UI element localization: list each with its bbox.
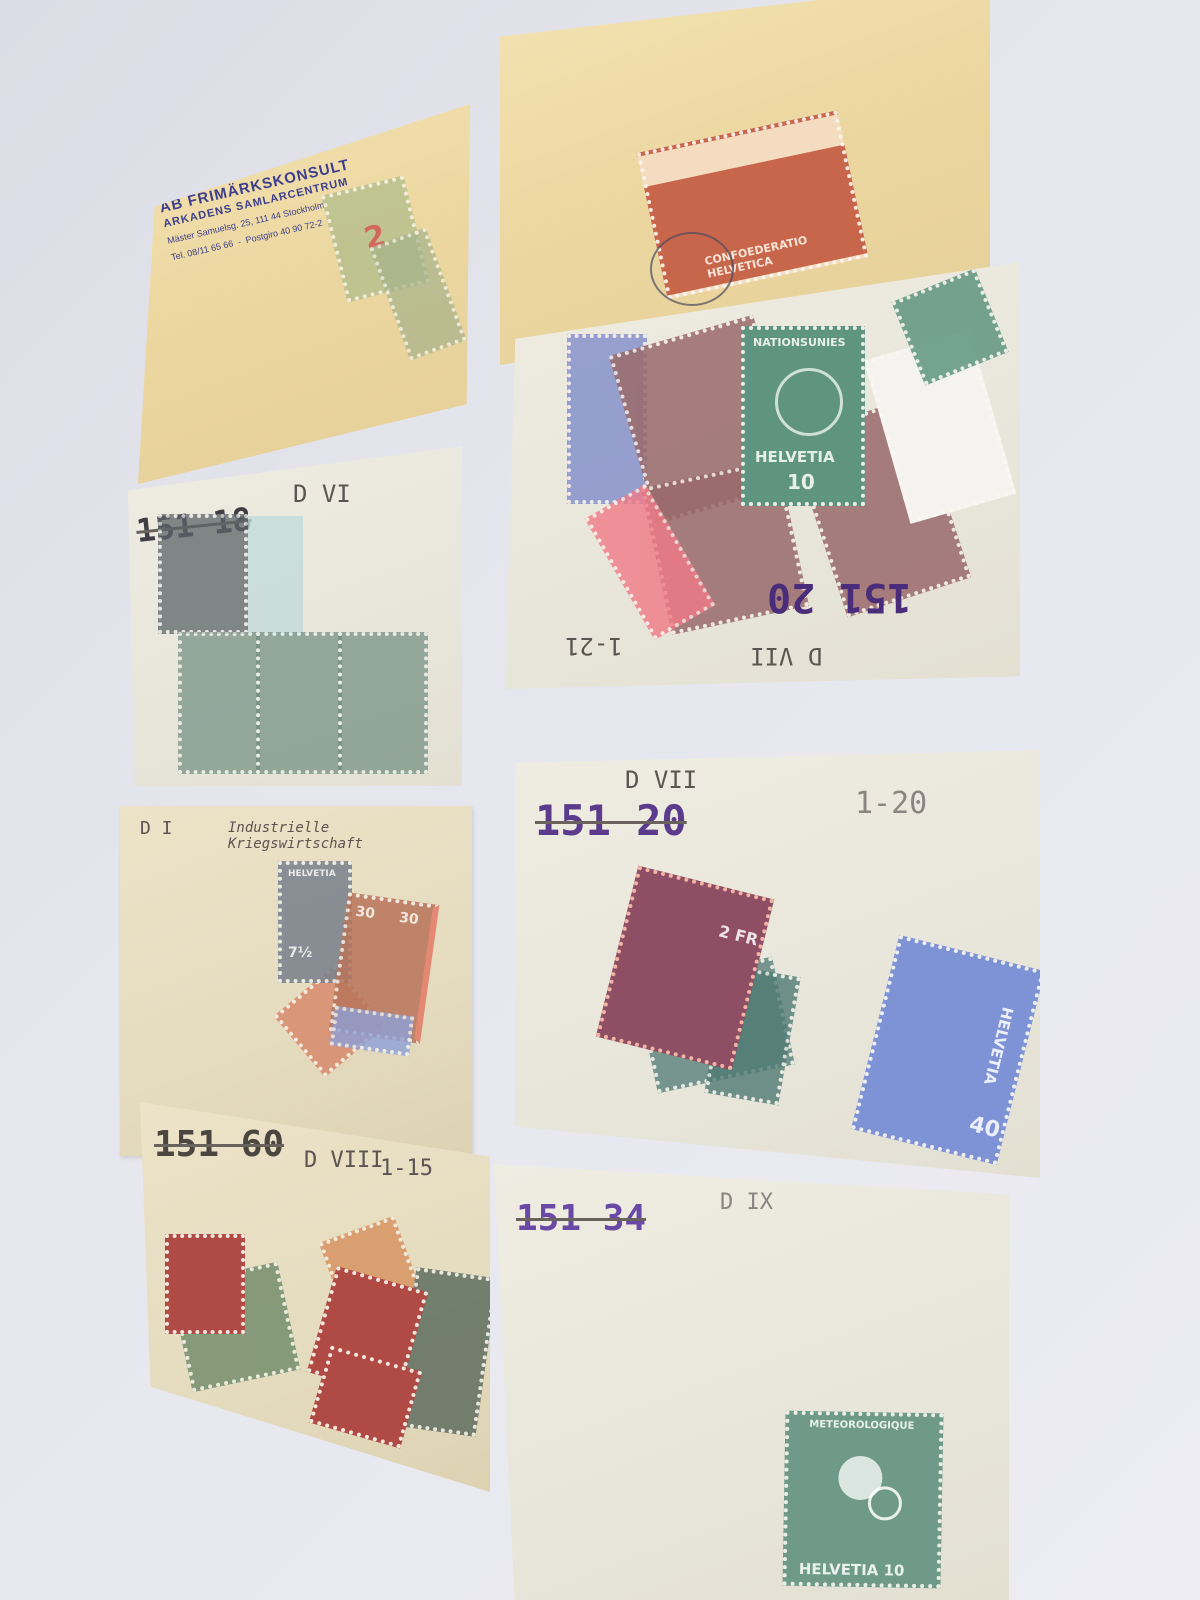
label-range: 1-20	[855, 786, 927, 821]
label-range: 1-15	[380, 1156, 433, 1181]
label-note: D VIII	[304, 1148, 383, 1173]
stamp-blue-partial	[248, 516, 303, 636]
stamp-helvetia-10	[338, 632, 428, 774]
stamp-helvetia-40: HELVETIA 40	[851, 935, 1045, 1165]
label-number: 151 20	[535, 796, 687, 845]
label-number: 151 60	[154, 1124, 284, 1165]
envelope-151-60: 151 60 D VIII 1-15	[140, 1102, 490, 1492]
label-note-bottom: D VII	[750, 642, 822, 670]
envelope-d-i: D I Industrielle Kriegswirtschaft HELVET…	[120, 806, 472, 1156]
stamp-helvetia-10	[178, 632, 260, 774]
label-note: D VII	[625, 766, 697, 794]
envelope-top-left: AB FRIMÄRKSKONSULT ARKADENS SAMLARCENTRU…	[138, 104, 470, 484]
stamp-meteorologique-helvetia-10: METEOROLOGIQUE HELVETIA 10	[782, 1411, 943, 1589]
label-note-left: 1-21	[565, 632, 623, 660]
label-number-inverted: 151 20	[767, 574, 912, 620]
stamp-helvetia-10	[256, 632, 342, 774]
envelope-151-20-b: D VII 151 20 1-20 2 FR HELVETIA 40	[515, 750, 1040, 1178]
stamp-nations-unies-helvetia-10: NATIONSUNIES HELVETIA 10	[741, 326, 865, 506]
label-note: D IX	[720, 1190, 773, 1215]
postmark-cancel	[650, 232, 734, 306]
label-note: D VI	[293, 480, 351, 508]
envelope-151-34: 151 34 D IX METEOROLOGIQUE HELVETIA 10	[494, 1164, 1009, 1600]
envelope-151-18: 151 18 D VI	[128, 446, 462, 786]
label-text: Industrielle Kriegswirtschaft	[228, 820, 472, 852]
stamp-green	[369, 227, 466, 360]
stamp-dark	[158, 514, 248, 634]
stamp-helvetia-red	[165, 1234, 245, 1334]
label-number: 151 34	[516, 1198, 646, 1239]
label-note: D I	[140, 818, 173, 839]
